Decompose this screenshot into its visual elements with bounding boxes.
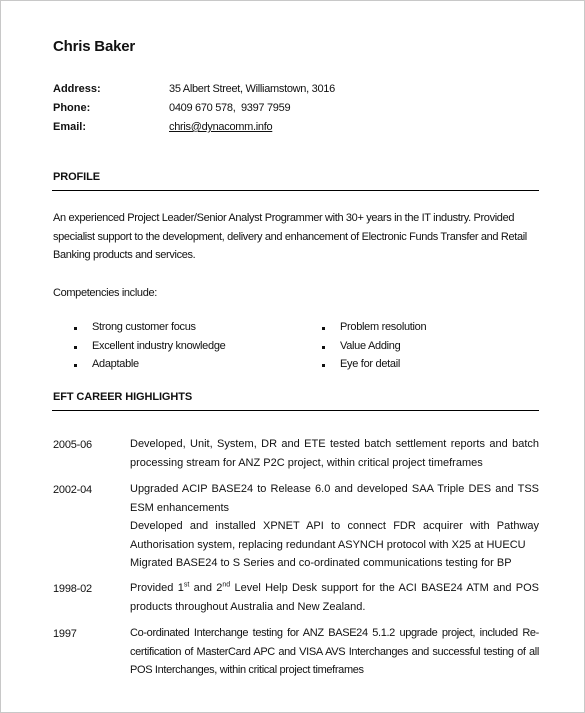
bullet-icon <box>74 327 77 330</box>
career-year: 1997 <box>53 628 77 640</box>
candidate-name: Chris Baker <box>53 38 135 55</box>
bullet-icon <box>322 346 325 349</box>
competency-item: Adaptable <box>92 358 139 370</box>
career-heading: EFT CAREER HIGHLIGHTS <box>53 391 192 403</box>
career-divider <box>52 410 539 411</box>
superscript: nd <box>222 581 230 588</box>
career-description: Migrated BASE24 to S Series and co-ordin… <box>130 554 539 573</box>
career-description: Co-ordinated Interchange testing for ANZ… <box>130 624 539 680</box>
career-text: Provided 1 <box>130 582 184 594</box>
career-year: 2002-04 <box>53 484 92 496</box>
phone-label: Phone: <box>53 102 90 114</box>
competency-item: Problem resolution <box>340 321 426 333</box>
competency-item: Excellent industry knowledge <box>92 340 225 352</box>
address-label: Address: <box>53 83 101 95</box>
competency-item: Value Adding <box>340 340 400 352</box>
profile-summary: An experienced Project Leader/Senior Ana… <box>53 209 545 265</box>
address-value: 35 Albert Street, Williamstown, 3016 <box>169 83 335 95</box>
phone-value: 0409 670 578, 9397 7959 <box>169 102 290 114</box>
career-description: Provided 1st and 2nd Level Help Desk sup… <box>130 579 539 616</box>
career-text: and 2 <box>189 582 222 594</box>
competency-item: Strong customer focus <box>92 321 196 333</box>
career-description: Upgraded ACIP BASE24 to Release 6.0 and … <box>130 480 539 517</box>
bullet-icon <box>322 364 325 367</box>
email-link[interactable]: chris@dynacomm.info <box>169 121 272 133</box>
career-year: 1998-02 <box>53 583 92 595</box>
career-description: Developed and installed XPNET API to con… <box>130 517 539 554</box>
competencies-intro: Competencies include: <box>53 284 543 303</box>
resume-page: Chris Baker Address: 35 Albert Street, W… <box>0 0 585 713</box>
profile-heading: PROFILE <box>53 171 100 183</box>
competency-item: Eye for detail <box>340 358 400 370</box>
bullet-icon <box>322 327 325 330</box>
career-year: 2005-06 <box>53 439 92 451</box>
bullet-icon <box>74 346 77 349</box>
career-description: Developed, Unit, System, DR and ETE test… <box>130 435 539 472</box>
email-label: Email: <box>53 121 86 133</box>
profile-divider <box>52 190 539 191</box>
bullet-icon <box>74 364 77 367</box>
